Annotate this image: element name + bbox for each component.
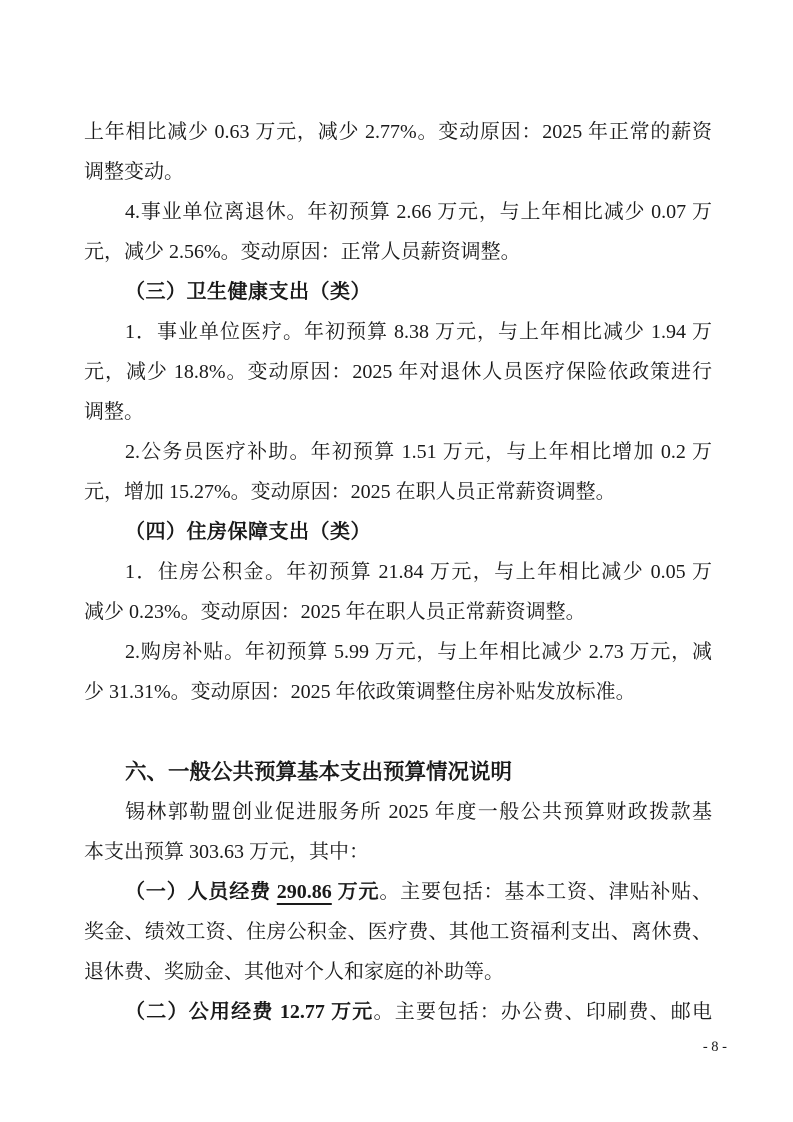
text-segment-normal: 元，减少 18.8%。变动原因：2025 年对退休人员医疗保险依政策进行 — [84, 361, 712, 383]
text-segment-normal: 锡林郭勒盟创业促进服务所 2025 年度一般公共预算财政拨款基 — [125, 801, 712, 823]
text-line: 少 31.31%。变动原因：2025 年依政策调整住房补贴发放标准。 — [84, 672, 712, 712]
text-line: 奖金、绩效工资、住房公积金、医疗费、其他工资福利支出、离休费、 — [84, 912, 712, 952]
text-segment-normal: 上年相比减少 0.63 万元，减少 2.77%。变动原因：2025 年正常的薪资 — [84, 121, 712, 143]
text-segment-bold: 万元 — [332, 881, 380, 903]
text-line: 本支出预算 303.63 万元，其中： — [84, 832, 712, 872]
text-segment-bold-underline: 290.86 — [277, 881, 332, 903]
text-segment-normal: 减少 0.23%。变动原因：2025 年在职人员正常薪资调整。 — [84, 601, 586, 623]
text-line: 1．事业单位医疗。年初预算 8.38 万元，与上年相比减少 1.94 万 — [84, 312, 712, 352]
text-segment-heading-sans: 六、一般公共预算基本支出预算情况说明 — [125, 760, 512, 784]
text-segment-normal: 退休费、奖励金、其他对个人和家庭的补助等。 — [84, 961, 504, 983]
text-segment-normal: 4.事业单位离退休。年初预算 2.66 万元，与上年相比减少 0.07 万 — [125, 201, 712, 223]
text-segment-bold: （一）人员经费 — [125, 881, 277, 903]
text-line: （四）住房保障支出（类） — [84, 512, 712, 552]
text-line: 调整变动。 — [84, 152, 712, 192]
text-segment-normal: 本支出预算 303.63 万元，其中： — [84, 841, 369, 863]
text-line: 1．住房公积金。年初预算 21.84 万元，与上年相比减少 0.05 万元， — [84, 552, 712, 592]
text-segment-heading-kai: （四）住房保障支出（类） — [125, 521, 371, 543]
text-segment-normal: 。主要包括：基本工资、津贴补贴、 — [379, 881, 712, 903]
text-segment-normal: 元，减少 2.56%。变动原因：正常人员薪资调整。 — [84, 241, 521, 263]
text-line: （三）卫生健康支出（类） — [84, 272, 712, 312]
text-segment-normal: 少 31.31%。变动原因：2025 年依政策调整住房补贴发放标准。 — [84, 681, 636, 703]
text-line: （一）人员经费 290.86 万元。主要包括：基本工资、津贴补贴、 — [84, 872, 712, 912]
text-segment-normal: 元，增加 15.27%。变动原因：2025 在职人员正常薪资调整。 — [84, 481, 616, 503]
text-line: 元，增加 15.27%。变动原因：2025 在职人员正常薪资调整。 — [84, 472, 712, 512]
text-line: 元，减少 2.56%。变动原因：正常人员薪资调整。 — [84, 232, 712, 272]
text-line: 元，减少 18.8%。变动原因：2025 年对退休人员医疗保险依政策进行 — [84, 352, 712, 392]
text-segment-heading-kai: （三）卫生健康支出（类） — [125, 281, 371, 303]
text-segment-normal: 1．事业单位医疗。年初预算 8.38 万元，与上年相比减少 1.94 万 — [125, 321, 712, 343]
document-body: 上年相比减少 0.63 万元，减少 2.77%。变动原因：2025 年正常的薪资… — [84, 112, 712, 1032]
text-line: 2.购房补贴。年初预算 5.99 万元，与上年相比减少 2.73 万元，减 — [84, 632, 712, 672]
text-segment-normal: 。主要包括：办公费、印刷费、邮电 — [374, 1001, 712, 1023]
text-segment-normal: 调整。 — [84, 401, 144, 423]
text-segment-normal: 2.购房补贴。年初预算 5.99 万元，与上年相比减少 2.73 万元，减 — [125, 641, 712, 663]
text-segment-normal: 2.公务员医疗补助。年初预算 1.51 万元，与上年相比增加 0.2 万 — [125, 441, 712, 463]
text-segment-bold: （二）公用经费 12.77 万元 — [125, 1001, 374, 1023]
page-number: - 8 - — [703, 1038, 727, 1056]
text-segment-normal: 1．住房公积金。年初预算 21.84 万元，与上年相比减少 0.05 万元， — [84, 561, 712, 592]
text-line: 上年相比减少 0.63 万元，减少 2.77%。变动原因：2025 年正常的薪资 — [84, 112, 712, 152]
text-line: 调整。 — [84, 392, 712, 432]
text-segment-normal: 奖金、绩效工资、住房公积金、医疗费、其他工资福利支出、离休费、 — [84, 921, 712, 943]
text-line: 2.公务员医疗补助。年初预算 1.51 万元，与上年相比增加 0.2 万 — [84, 432, 712, 472]
text-segment-normal: 调整变动。 — [84, 161, 184, 183]
blank-line — [84, 712, 712, 752]
text-line: （二）公用经费 12.77 万元。主要包括：办公费、印刷费、邮电 — [84, 992, 712, 1032]
text-line: 锡林郭勒盟创业促进服务所 2025 年度一般公共预算财政拨款基 — [84, 792, 712, 832]
text-line: 4.事业单位离退休。年初预算 2.66 万元，与上年相比减少 0.07 万 — [84, 192, 712, 232]
text-line: 退休费、奖励金、其他对个人和家庭的补助等。 — [84, 952, 712, 992]
document-page: 上年相比减少 0.63 万元，减少 2.77%。变动原因：2025 年正常的薪资… — [0, 0, 793, 1122]
text-line: 六、一般公共预算基本支出预算情况说明 — [84, 752, 712, 792]
text-line: 减少 0.23%。变动原因：2025 年在职人员正常薪资调整。 — [84, 592, 712, 632]
